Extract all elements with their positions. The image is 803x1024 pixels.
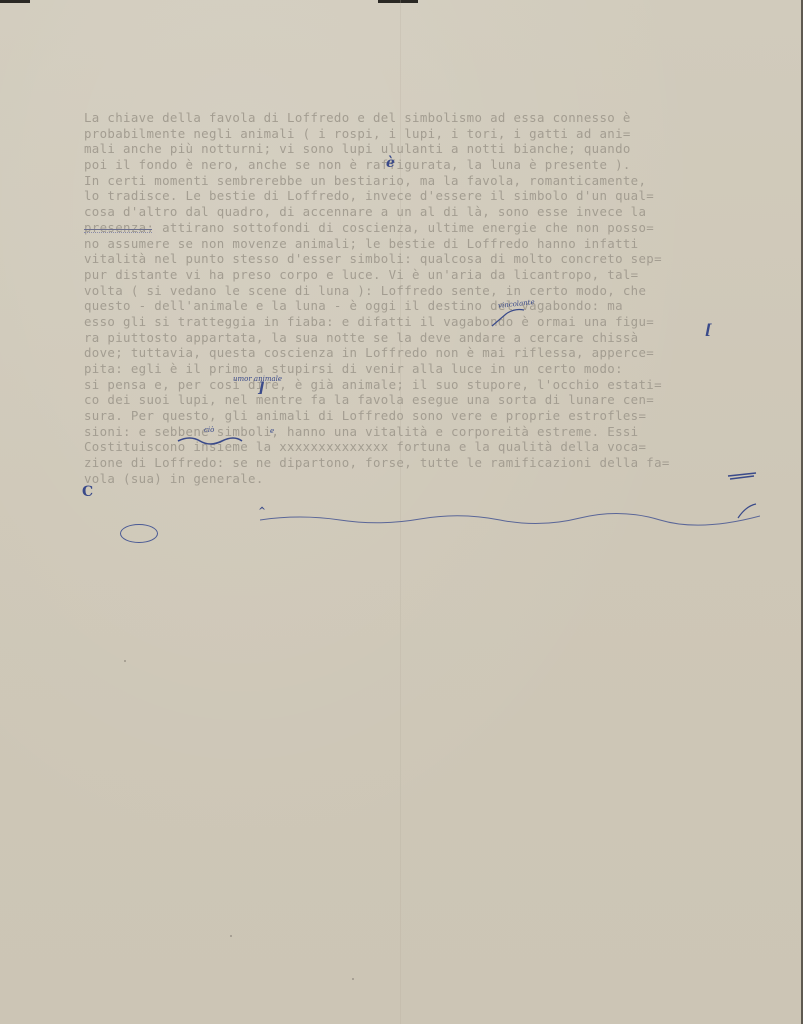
text-line: In certi momenti sembrerebbe un bestiari… (84, 173, 794, 189)
text-line: pur distante vi ha preso corpo e luce. V… (84, 267, 794, 283)
caret-mark: ‸ (258, 497, 266, 510)
insert-arrow (736, 502, 766, 522)
text-line: probabilmente negli animali ( i rospi, i… (84, 126, 794, 142)
text-line: poi il fondo è nero, anche se non è raff… (84, 157, 794, 173)
text-line: zione di Loffredo: se ne dipartono, fors… (84, 455, 794, 471)
paper-speck (230, 935, 232, 937)
scan-edge-center (378, 0, 418, 3)
circle-sua (120, 524, 158, 543)
underline-presenza (84, 229, 152, 230)
text-line: La chiave della favola di Loffredo e del… (84, 110, 794, 126)
text-line: lo tradisce. Le bestie di Loffredo, inve… (84, 188, 794, 204)
text-line: dove; tuttavia, questa coscienza in Loff… (84, 345, 794, 361)
text-line: si pensa e, per così dire, è già animale… (84, 377, 794, 393)
text-line: sura. Per questo, gli animali di Loffred… (84, 408, 794, 424)
text-line: questo - dell'animale e la luna - è oggi… (84, 298, 794, 314)
wavy-underline (260, 512, 760, 526)
text-line: vola (sua) in generale. (84, 471, 794, 487)
paper-speck (352, 978, 354, 980)
underline-presenza-second (84, 232, 152, 233)
text-line: ra piuttosto appartata, la sua notte se … (84, 330, 794, 346)
typewritten-text: La chiave della favola di Loffredo e del… (84, 110, 794, 487)
text-line: pita: egli è il primo a stupirsi di veni… (84, 361, 794, 377)
strike-essi (726, 468, 760, 482)
text-line: vitalità nel punto stesso d'esser simbol… (84, 251, 794, 267)
text-line: cosa d'altro dal quadro, di accennare a … (84, 204, 794, 220)
text-line: no assumere se non movenze animali; le b… (84, 236, 794, 252)
scan-edge-left (0, 0, 30, 3)
text-line: mali anche più notturni; vi sono lupi ul… (84, 141, 794, 157)
strike-destino-mark (490, 306, 530, 328)
document-page: La chiave della favola di Loffredo e del… (0, 0, 803, 1024)
text-line: esso gli si tratteggia in fiaba: e difat… (84, 314, 794, 330)
strike-questo (176, 433, 246, 447)
text-line: co dei suoi lupi, nel mentre fa la favol… (84, 392, 794, 408)
text-line: volta ( si vedano le scene di luna ): Lo… (84, 283, 794, 299)
paper-speck (124, 660, 126, 662)
text-line: presenza: attirano sottofondi di coscien… (84, 220, 794, 236)
